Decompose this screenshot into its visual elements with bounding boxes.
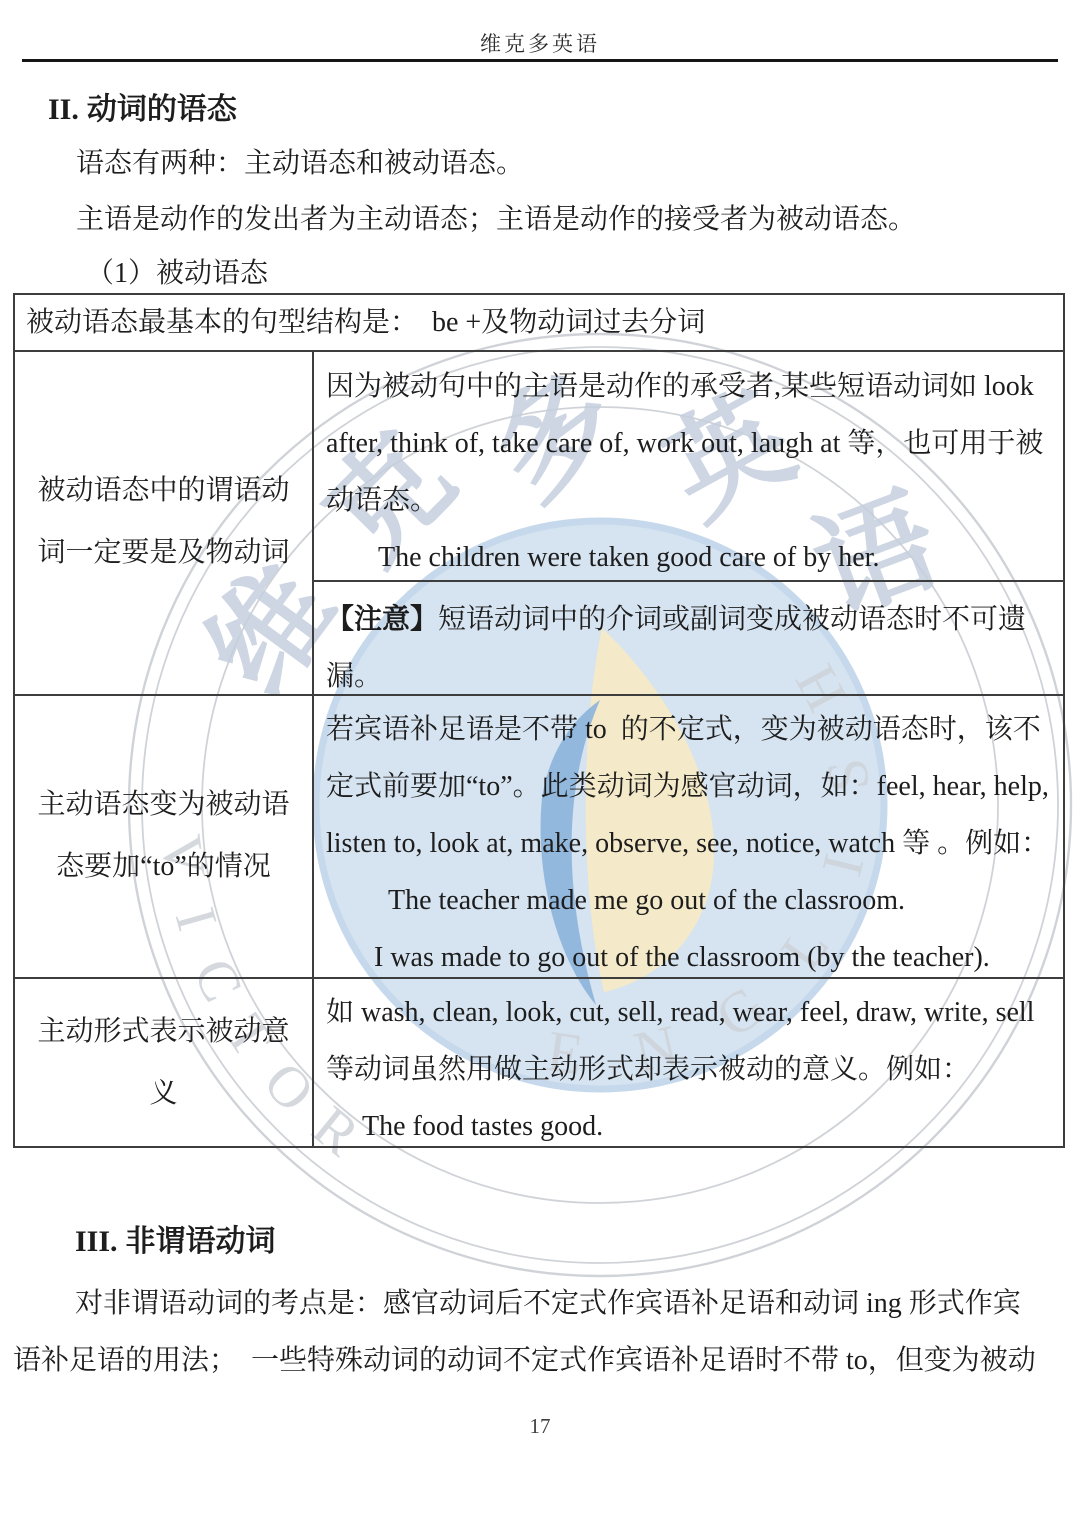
paragraph-voice-types: 语态有两种：主动语态和被动语态。 bbox=[76, 141, 524, 181]
header-rule bbox=[22, 59, 1058, 62]
note-line: 【注意】短语动词中的介词或副词变成被动语态时不可遗 bbox=[326, 590, 1059, 648]
table-row2-content: 若宾语补足语是不带 to 的不定式，变为被动语态时，该不定式前要加“to”。此类… bbox=[314, 694, 1065, 977]
text-line: 态要加“to”的情况 bbox=[15, 836, 312, 898]
text-line: 如 wash, clean, look, cut, sell, read, we… bbox=[326, 984, 1059, 1041]
text-line: 定式前要加“to”。此类动词为感官动词，如：feel, hear, help, bbox=[326, 758, 1059, 815]
table-row3-content: 如 wash, clean, look, cut, sell, read, we… bbox=[314, 977, 1065, 1146]
section3-title: 非谓语动词 bbox=[126, 1225, 276, 1258]
text-line: 义 bbox=[15, 1063, 312, 1125]
section2-number: II. bbox=[48, 93, 79, 126]
text-line: 主动形式表示被动意 bbox=[15, 1001, 312, 1063]
section2-heading: II.动词的语态 bbox=[48, 84, 237, 128]
section3-number: III. bbox=[75, 1225, 118, 1258]
table-row1-note: 【注意】短语动词中的介词或副词变成被动语态时不可遗 漏。 bbox=[314, 582, 1065, 694]
passive-voice-table: 被动语态最基本的句型结构是： be +及物动词过去分词 被动语态中的谓语动词一定… bbox=[13, 293, 1065, 1148]
text-line: 等动词虽然用做主动形式却表示被动的意义。例如： bbox=[326, 1041, 1059, 1098]
text-line: 若宾语补足语是不带 to 的不定式，变为被动语态时，该不 bbox=[326, 701, 1059, 758]
section3-heading: III.非谓语动词 bbox=[75, 1216, 276, 1260]
paragraph-passive-subtitle: （1）被动语态 bbox=[86, 251, 268, 291]
text-line: 因为被动句中的主语是动作的承受者,某些短语动词如 look bbox=[326, 358, 1059, 415]
text-line: listen to, look at, make, observe, see, … bbox=[326, 815, 1059, 872]
table-header-cell: 被动语态最基本的句型结构是： be +及物动词过去分词 bbox=[15, 295, 1063, 350]
paragraph-nonfinite-line1: 对非谓语动词的考点是：感官动词后不定式作宾语补足语和动词 ing 形式作宾 bbox=[75, 1281, 1021, 1321]
paragraph-voice-definition: 主语是动作的发出者为主动语态；主语是动作的接受者为被动语态。 bbox=[76, 197, 916, 237]
note-text: 短语动词中的介词或副词变成被动语态时不可遗 bbox=[438, 604, 1026, 635]
table-row1-label: 被动语态中的谓语动词一定要是及物动词 bbox=[15, 352, 312, 692]
text-line: The teacher made me go out of the classr… bbox=[326, 872, 1059, 929]
text-line: 动语态。 bbox=[326, 472, 1059, 529]
table-row1-content: 因为被动句中的主语是动作的承受者,某些短语动词如 lookafter, thin… bbox=[314, 350, 1065, 580]
text-line: after, think of, take care of, work out,… bbox=[326, 415, 1059, 472]
table-row3-label: 主动形式表示被动意义 bbox=[15, 979, 312, 1146]
page-number: 17 bbox=[0, 1414, 1080, 1439]
text-line: The children were taken good care of by … bbox=[326, 529, 1059, 586]
section2-title: 动词的语态 bbox=[87, 93, 237, 126]
text-line: 词一定要是及物动词 bbox=[15, 522, 312, 584]
paragraph-nonfinite-line2: 语补足语的用法； 一些特殊动词的动词不定式作宾语补足语时不带 to，但变为被动 bbox=[13, 1338, 1036, 1378]
page-header-brand: 维克多英语 bbox=[0, 28, 1080, 58]
table-header-text: 被动语态最基本的句型结构是： be +及物动词过去分词 bbox=[26, 294, 705, 351]
text-line: The food tastes good. bbox=[326, 1098, 1059, 1155]
note-prefix: 【注意】 bbox=[326, 603, 438, 634]
table-row2-label: 主动语态变为被动语态要加“to”的情况 bbox=[15, 696, 312, 975]
text-line: 被动语态中的谓语动 bbox=[15, 460, 312, 522]
text-line: 主动语态变为被动语 bbox=[15, 774, 312, 836]
